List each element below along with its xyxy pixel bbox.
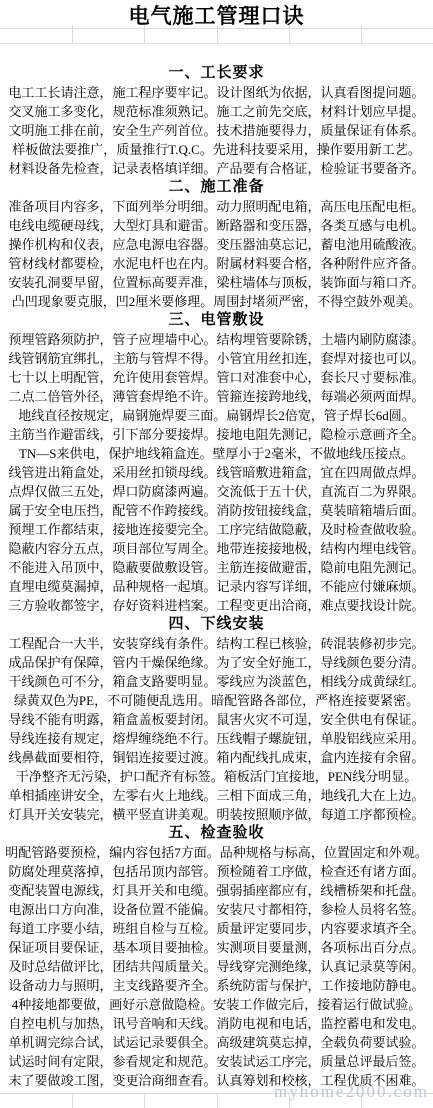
verse-line: 准备项目内容多，下面列举分明细。动力照明配电箱，高压电压配电柜。: [0, 197, 433, 216]
verse-line: 导线不能有明露，箱盒盖板要封闭。鼠害火灾不可逞，安全供电有保证。: [0, 710, 433, 729]
verse-line: 工程配合一大半，安装穿线有条件。结构工程已核验，砖混装修初步完。: [0, 634, 433, 653]
verse-line: 导线连接有规定，熔焊缠绕绝不行。压线帽子螺旋钮，单股铝线应采用。: [0, 729, 433, 748]
verse-line: 末了要做竣工图，变更洽商细查看。认真筹划和校核，工程优质不困难。: [0, 1071, 433, 1090]
verse-line: 文明施工排在前，安全生产列首位。技术措施要得力，质量保证有体系。: [0, 121, 433, 140]
section-heading: 五、检查验收: [0, 824, 433, 843]
gridline-vertical: [361, 25, 362, 44]
gridline-vertical: [144, 1093, 145, 1108]
verse-line: 样板做法要推广，质量推行T.Q.C。先进科技要采用，操作要用新工艺。: [0, 140, 433, 159]
section-heading: 二、施工准备: [0, 178, 433, 197]
gridline-vertical: [289, 25, 290, 44]
verse-line: 灯具开关安装完，横平竖直讲美观。明装按照顺序做，每道工序都预检。: [0, 805, 433, 824]
page-title: 电气施工管理口诀: [0, 0, 433, 28]
verse-line: 干净整齐无污染，护口配齐有标签。箱板活门宜接地，PEN线分明显。: [0, 767, 433, 786]
sections-container: 一、工长要求电工工长请注意，施工程序要牢记。设计图纸为依据，认真看图提问题。交叉…: [0, 64, 433, 1090]
verse-line: 操作机构和仪表，应急电源电容器。变压器油莫忘记，蓄电池用硫酸液。: [0, 235, 433, 254]
verse-line: 七十以上明配管，允许使用套管焊。管口对准套中心，套长尺寸要标准。: [0, 368, 433, 387]
verse-line: 设备动力与照明，主支线路要齐全。系统防雷与保护，工作接地防静电。: [0, 976, 433, 995]
verse-line: 电线电缆硬母线，大型灯具和避雷。断路器和变压器，各类互感与电机。: [0, 216, 433, 235]
verse-line: 地线直径按规定，扁钢施焊要三面。扁钢焊长2倍宽，管子焊长6d圆。: [0, 406, 433, 425]
verse-line: 单机调完综合试，试运记录要俱全。高级建筑莫忘掉，全载负荷要试验。: [0, 1033, 433, 1052]
section-heading: 四、下线安装: [0, 615, 433, 634]
verse-line: 安装孔洞要早留，位置标高要弄准，梁柱墙体与顶板，装饰面与箱口齐。: [0, 273, 433, 292]
verse-line: 线鼻截面要相符，铜铝连接要过渡。箱内配线扎成束，盒内连接有余留。: [0, 748, 433, 767]
verse-line: 自控电机与加热，讯号音响和天线。消防电视和电话，监控蓄电和发电。: [0, 1014, 433, 1033]
verse-line: 不能进入吊顶中，隐蔽要做敷设管。主筋连接做避雷，隐前电阻先测记。: [0, 558, 433, 577]
verse-line: 干线颜色可不分，箱盒支路要明显。零线应为淡蓝色，相线分成黄绿红。: [0, 672, 433, 691]
verse-line: 线管进出箱盒处，采用丝扣锁母线。线管暗敷进箱盒，宜在四周做点焊。: [0, 463, 433, 482]
verse-line: 4种接地都要做，画好示意做隐检。安装工作做完后，接着运行做试验。: [0, 995, 433, 1014]
verse-line: 防腐处理莫落掉，包括吊顶内部管。预检随着工序做，检查还有诸方面。: [0, 862, 433, 881]
verse-line: 交叉施工多变化，规范标准须熟记。施工之前先交底，材料计划应早提。: [0, 102, 433, 121]
verse-line: 电源出口方向准，设备位置不能偏。安装尺寸都相符，参检人员将名签。: [0, 900, 433, 919]
verse-line: 凸凹现象要克服，凹2厘米要修理。周围封堵须严密，不得空鼓外观美。: [0, 292, 433, 311]
verse-line: 保证项目要保证，基本项目要抽检。实测项目要量测，各项标出百分点。: [0, 938, 433, 957]
gridline-vertical: [361, 1093, 362, 1108]
gridline-vertical: [72, 1093, 73, 1108]
gridline-vertical: [217, 1093, 218, 1108]
verse-line: 单相插座讲安全，左零右火上地线。三相下面成三角，地线孔大在上边。: [0, 786, 433, 805]
verse-line: 主筋当作避雷线，引下部分要接焊。接地电阻先测记，隐检示意画齐全。: [0, 425, 433, 444]
section-heading: 三、电管敷设: [0, 311, 433, 330]
gridline-vertical: [289, 1093, 290, 1108]
document-page: 电气施工管理口诀 一、工长要求电工工长请注意，施工程序要牢记。设计图纸为依据，认…: [0, 0, 433, 1108]
spreadsheet-gridlines-top: [0, 28, 433, 64]
verse-line: 成品保护有保障，管内干燥保绝缘。为了安全好施工，导线颜色要分清。: [0, 653, 433, 672]
gridline-vertical: [144, 25, 145, 44]
verse-line: 点焊仅做三五处，焊口防腐漆两遍。交流低于五十伏，直流百二为界限。: [0, 482, 433, 501]
verse-line: 二点二倍管外径，薄管套焊绝不许。管箍连接跨地线，每端必须两面焊。: [0, 387, 433, 406]
verse-line: 三方验收都签字，存好资料进档案。工程变更出洽商，难点要找设计院。: [0, 596, 433, 615]
verse-line: 每道工序要小结，班组自检与互检。质量评定要同步，内容要求填齐全。: [0, 919, 433, 938]
verse-line: 预埋工作都结束，接地连接要完全。工序完结做隐蔽，及时检查做收验。: [0, 520, 433, 539]
verse-line: 隐蔽内容分五点，项目部位写周全。地带连接接地极，结构内埋电线管。: [0, 539, 433, 558]
verse-line: 绿黄双色为PE，不可随便乱选用。暗配管路各部位，严格连接要紧密。: [0, 691, 433, 710]
gridline-vertical: [72, 25, 73, 44]
verse-line: 明配管路要预检，编内容包括7方面。品种规格与标高，位置固定和外观。: [0, 843, 433, 862]
gridline-vertical: [217, 25, 218, 44]
verse-line: 线管钢筋宜绑扎，主筋与管焊不得。小管宜用丝扣连，套焊对接也可以。: [0, 349, 433, 368]
verse-line: 材料设备先检查，记录表格填详细。产品要有合格证，检验证书要备齐。: [0, 159, 433, 178]
verse-line: 预埋管路须防护，管子应埋墙中心。结构埋管要除锈，土墙内刷防腐漆。: [0, 330, 433, 349]
verse-line: TN—S来供电，保护地线箱盒连。壁厚小于2毫米，不做地线压接点。: [0, 444, 433, 463]
section-heading: 一、工长要求: [0, 64, 433, 83]
verse-line: 直埋电缆莫漏掉，品种规格一起填。记录内容写详细，不能应付嫌麻烦。: [0, 577, 433, 596]
verse-line: 变配装置电源线，灯具开关和电缆。强弱插座都应有，线槽桥架和托盘。: [0, 881, 433, 900]
verse-line: 电工工长请注意，施工程序要牢记。设计图纸为依据，认真看图提问题。: [0, 83, 433, 102]
verse-line: 及时总结做评比，团结共闯质量关。导线穿完测绝缘，认真记录莫等闲。: [0, 957, 433, 976]
verse-line: 属于安全电压挡，配管不作跨接线。消防按钮接线盒，莫装暗箱墙后面。: [0, 501, 433, 520]
verse-line: 试运时间有定限，参看规定和规范。安装试运工序完，质量总评最后签。: [0, 1052, 433, 1071]
verse-line: 管材线材都要检，水泥电杆也在内。附属材料要合格，各种附件应齐备。: [0, 254, 433, 273]
